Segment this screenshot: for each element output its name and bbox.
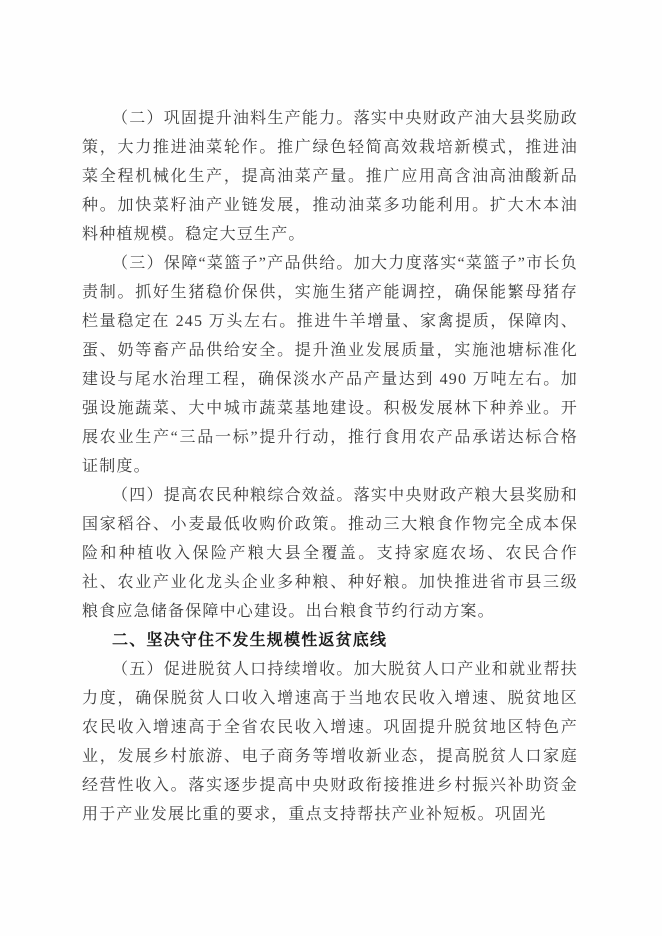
paragraph-grain-farming-benefit: （四）提高农民种粮综合效益。落实中央财政产粮大县奖励和国家稻谷、小麦最低收购价政… bbox=[82, 481, 578, 626]
document-page: （二）巩固提升油料生产能力。落实中央财政产油大县奖励政策，大力推进油菜轮作。推广… bbox=[0, 0, 662, 936]
paragraph-vegetable-basket-supply: （三）保障“菜篮子”产品供给。加大力度落实“菜篮子”市长负责制。抓好生猪稳价保供… bbox=[82, 249, 578, 481]
paragraph-oil-production: （二）巩固提升油料生产能力。落实中央财政产油大县奖励政策，大力推进油菜轮作。推广… bbox=[82, 104, 578, 249]
section-heading-no-relapse-into-poverty: 二、坚决守住不发生规模性返贫底线 bbox=[82, 626, 578, 655]
paragraph-poverty-alleviation-income: （五）促进脱贫人口持续增收。加大脱贫人口产业和就业帮扶力度，确保脱贫人口收入增速… bbox=[82, 655, 578, 829]
document-body: （二）巩固提升油料生产能力。落实中央财政产油大县奖励政策，大力推进油菜轮作。推广… bbox=[82, 104, 578, 829]
